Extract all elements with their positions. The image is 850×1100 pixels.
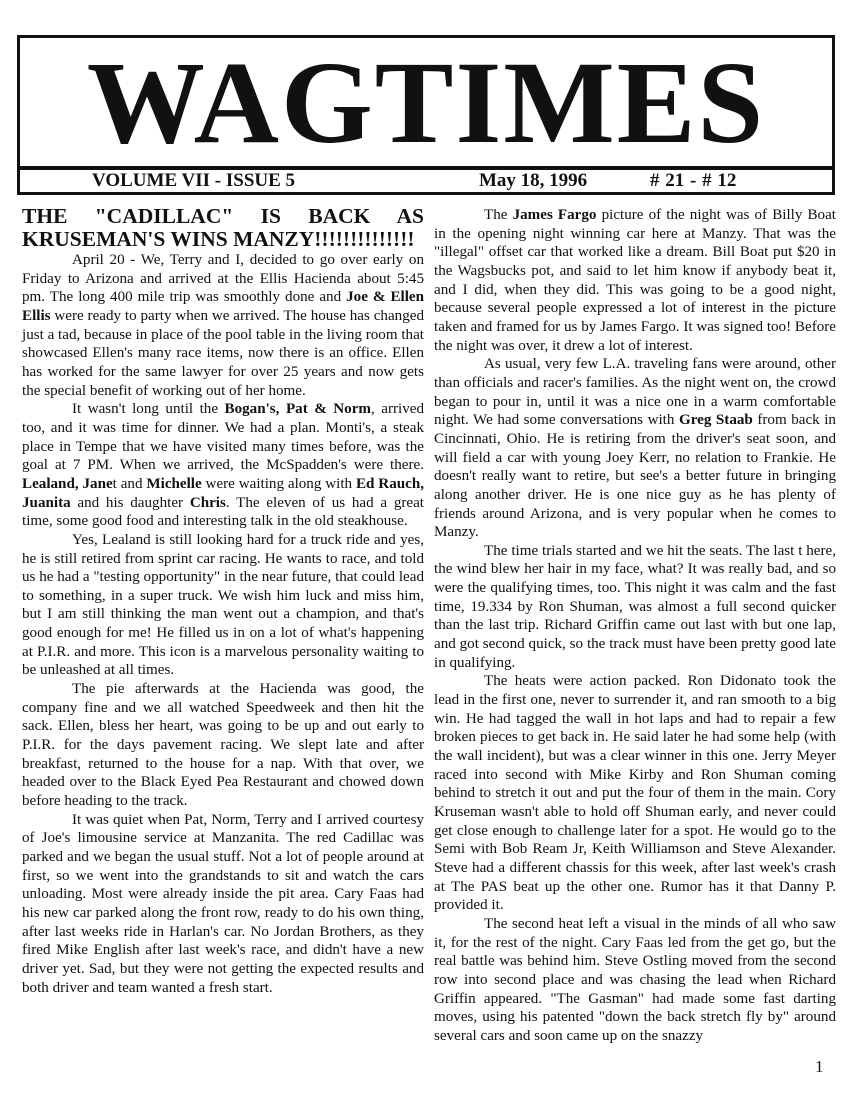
issue-info-bar: VOLUME VII - ISSUE 5 May 18, 1996 # 21 -… bbox=[20, 170, 832, 192]
bold-name: Bogan's, Pat & Norm bbox=[225, 401, 371, 417]
page-number: 1 bbox=[815, 1057, 824, 1077]
left-column: THE "CADILLAC" IS BACK AS KRUSEMAN'S WIN… bbox=[22, 205, 424, 997]
headline-line-2: KRUSEMAN'S WINS MANZY!!!!!!!!!!!!!! bbox=[22, 227, 415, 251]
left-column-body: April 20 - We, Terry and I, decided to g… bbox=[22, 251, 424, 997]
bold-name: Chris bbox=[190, 495, 226, 511]
article-paragraph: The second heat left a visual in the min… bbox=[434, 915, 836, 1046]
article-paragraph: April 20 - We, Terry and I, decided to g… bbox=[22, 251, 424, 400]
right-column: The James Fargo picture of the night was… bbox=[434, 206, 836, 1046]
newsletter-title: WAGTIMES bbox=[20, 44, 832, 162]
article-paragraph: Yes, Lealand is still looking hard for a… bbox=[22, 531, 424, 680]
volume-issue: VOLUME VII - ISSUE 5 bbox=[92, 170, 295, 192]
bold-name: Greg Staab bbox=[679, 412, 753, 428]
article-paragraph: It wasn't long until the Bogan's, Pat & … bbox=[22, 400, 424, 531]
article-paragraph: The pie afterwards at the Hacienda was g… bbox=[22, 680, 424, 811]
masthead: WAGTIMES VOLUME VII - ISSUE 5 May 18, 19… bbox=[17, 35, 835, 195]
article-paragraph: It was quiet when Pat, Norm, Terry and I… bbox=[22, 811, 424, 998]
issue-numbers: # 21 - # 12 bbox=[650, 170, 736, 192]
article-headline: THE "CADILLAC" IS BACK AS KRUSEMAN'S WIN… bbox=[22, 205, 424, 251]
issue-date: May 18, 1996 bbox=[479, 170, 587, 192]
bold-name: James Fargo bbox=[513, 207, 597, 223]
right-column-body: The James Fargo picture of the night was… bbox=[434, 206, 836, 1046]
article-paragraph: The James Fargo picture of the night was… bbox=[434, 206, 836, 355]
article-paragraph: The heats were action packed. Ron Didona… bbox=[434, 672, 836, 915]
article-paragraph: The time trials started and we hit the s… bbox=[434, 542, 836, 673]
bold-name: Michelle bbox=[146, 476, 201, 492]
bold-name: Lealand, Jane bbox=[22, 476, 113, 492]
article-paragraph: As usual, very few L.A. traveling fans w… bbox=[434, 355, 836, 542]
headline-line-1: THE "CADILLAC" IS BACK AS bbox=[22, 205, 424, 228]
